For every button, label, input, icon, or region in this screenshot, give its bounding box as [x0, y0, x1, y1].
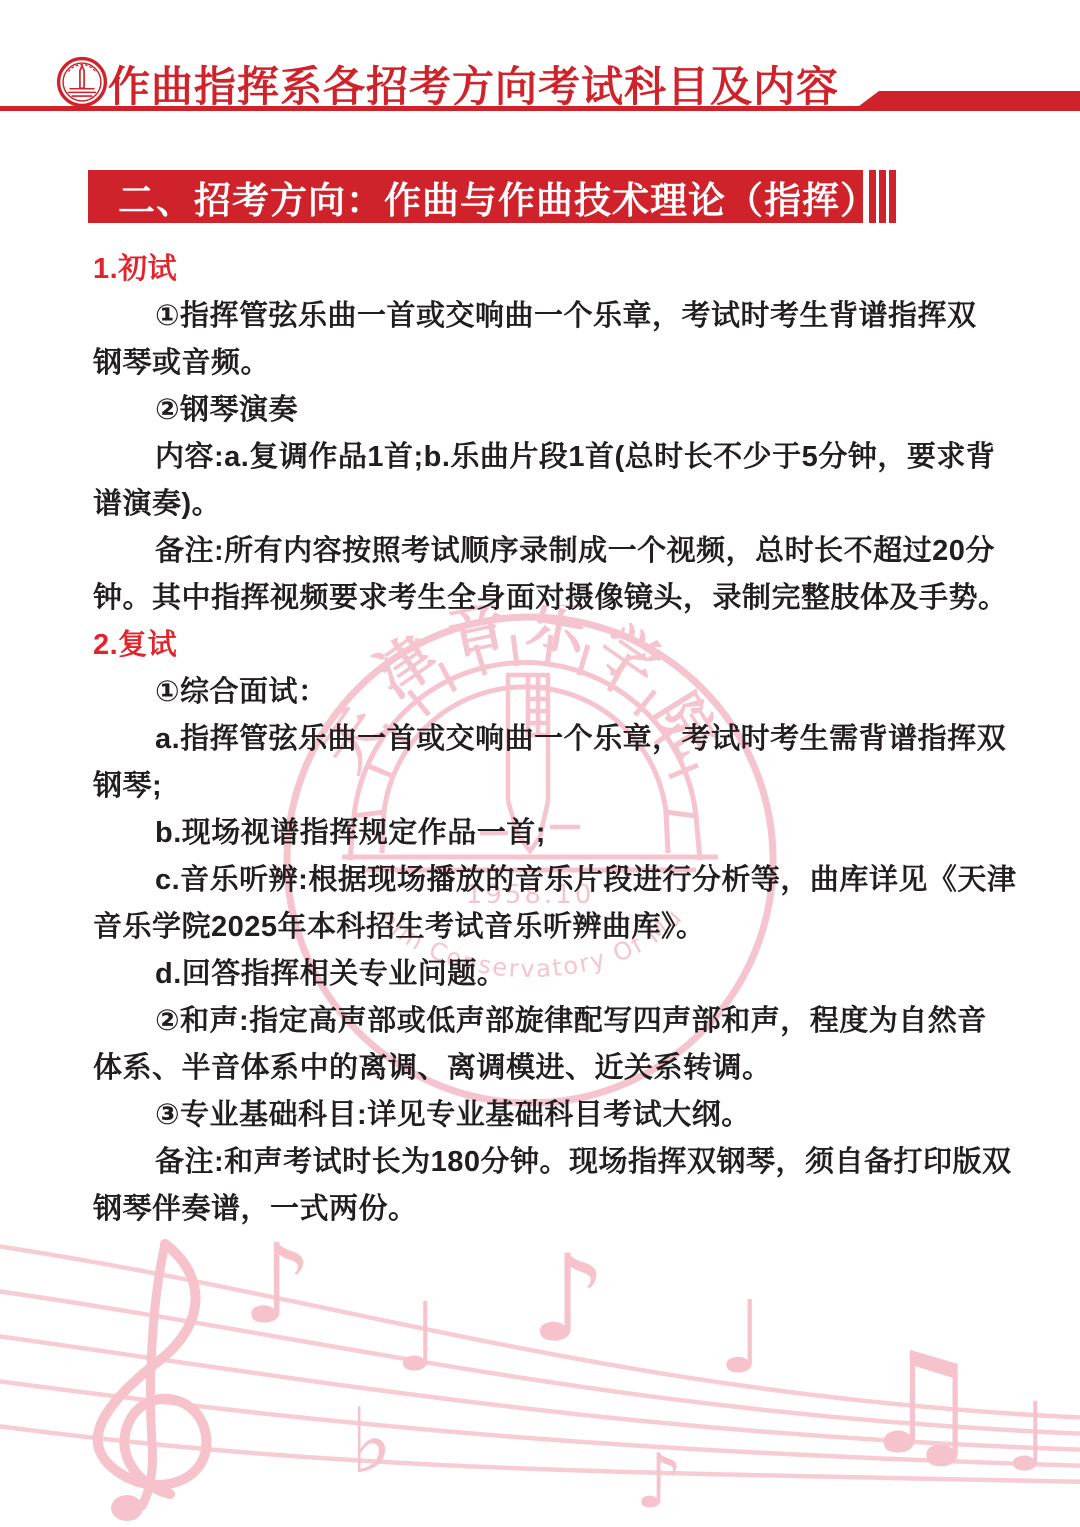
treble-clef-icon	[98, 1244, 207, 1521]
text-line: ②和声:指定高声部或低声部旋律配写四声部和声，程度为自然音	[93, 998, 1003, 1045]
text-line: 体系、半音体系中的离调、离调模进、近关系转调。	[93, 1045, 1003, 1092]
text-line-heading-first-round: 1.初试	[93, 246, 1003, 293]
music-note-icon: ♫	[858, 1323, 984, 1486]
text-line: 钢琴或音频。	[93, 340, 1003, 387]
text-line: d.回答指挥相关专业问题。	[93, 951, 1003, 998]
exam-content: 1.初试 ①指挥管弦乐曲一首或交响曲一个乐章，考试时考生背谱指挥双 钢琴或音频。…	[93, 246, 1003, 1233]
text-line: 备注:和声考试时长为180分钟。现场指挥双钢琴，须自备打印版双	[93, 1139, 1003, 1186]
flat-sign-icon: ♭	[350, 1389, 392, 1494]
text-line: 钢琴伴奏谱，一式两份。	[93, 1186, 1003, 1233]
text-line: 音乐学院2025年本科招生考试音乐听辨曲库》。	[93, 904, 1003, 951]
music-staff-decoration: ♪ ♩ ♪ ♩ ♭ ♫ ♩ ♪	[0, 1222, 1080, 1527]
music-note-icon: ♩	[1005, 1383, 1050, 1493]
music-note-icon: ♪	[635, 1437, 683, 1525]
banner-stripes	[869, 170, 896, 223]
text-line: ①指挥管弦乐曲一首或交响曲一个乐章，考试时考生背谱指挥双	[93, 293, 1003, 340]
text-line: c.音乐听辨:根据现场播放的音乐片段进行分析等，曲库详见《天津	[93, 857, 1003, 904]
music-note-icon: ♩	[718, 1279, 765, 1396]
page-title: 作曲指挥系各招考方向考试科目及内容	[108, 54, 839, 114]
text-line-heading-second-round: 2.复试	[93, 622, 1003, 669]
music-note-icon: ♪	[530, 1230, 607, 1369]
section-banner: 二、招考方向：作曲与作曲技术理论（指挥）	[88, 170, 863, 223]
header-rule-bar	[855, 91, 1080, 109]
text-line: ③专业基础科目:详见专业基础科目考试大纲。	[93, 1092, 1003, 1139]
music-note-icon: ♩	[395, 1283, 440, 1393]
text-line: 钢琴;	[93, 763, 1003, 810]
music-note-icon: ♪	[242, 1222, 312, 1348]
text-line: ①综合面试：	[93, 669, 1003, 716]
text-line: 内容:a.复调作品1首;b.乐曲片段1首(总时长不少于5分钟，要求背	[93, 434, 1003, 481]
section-banner-label: 二、招考方向：作曲与作曲技术理论（指挥）	[88, 170, 878, 224]
text-line: 备注:所有内容按照考试顺序录制成一个视频，总时长不超过20分	[93, 528, 1003, 575]
text-line: 钟。其中指挥视频要求考生全身面对摄像镜头，录制完整肢体及手势。	[93, 575, 1003, 622]
school-seal-icon	[56, 56, 108, 108]
text-line: 谱演奏)。	[93, 481, 1003, 528]
text-line: b.现场视谱指挥规定作品一首;	[93, 810, 1003, 857]
text-line: a.指挥管弦乐曲一首或交响曲一个乐章，考试时考生需背谱指挥双	[93, 716, 1003, 763]
document-page: 作曲指挥系各招考方向考试科目及内容 二、招考方向：作曲与作曲技术理论（指挥）	[0, 0, 1080, 1527]
music-notes: ♪ ♩ ♪ ♩ ♭ ♫ ♩ ♪	[242, 1222, 1050, 1525]
text-line: ②钢琴演奏	[93, 387, 1003, 434]
